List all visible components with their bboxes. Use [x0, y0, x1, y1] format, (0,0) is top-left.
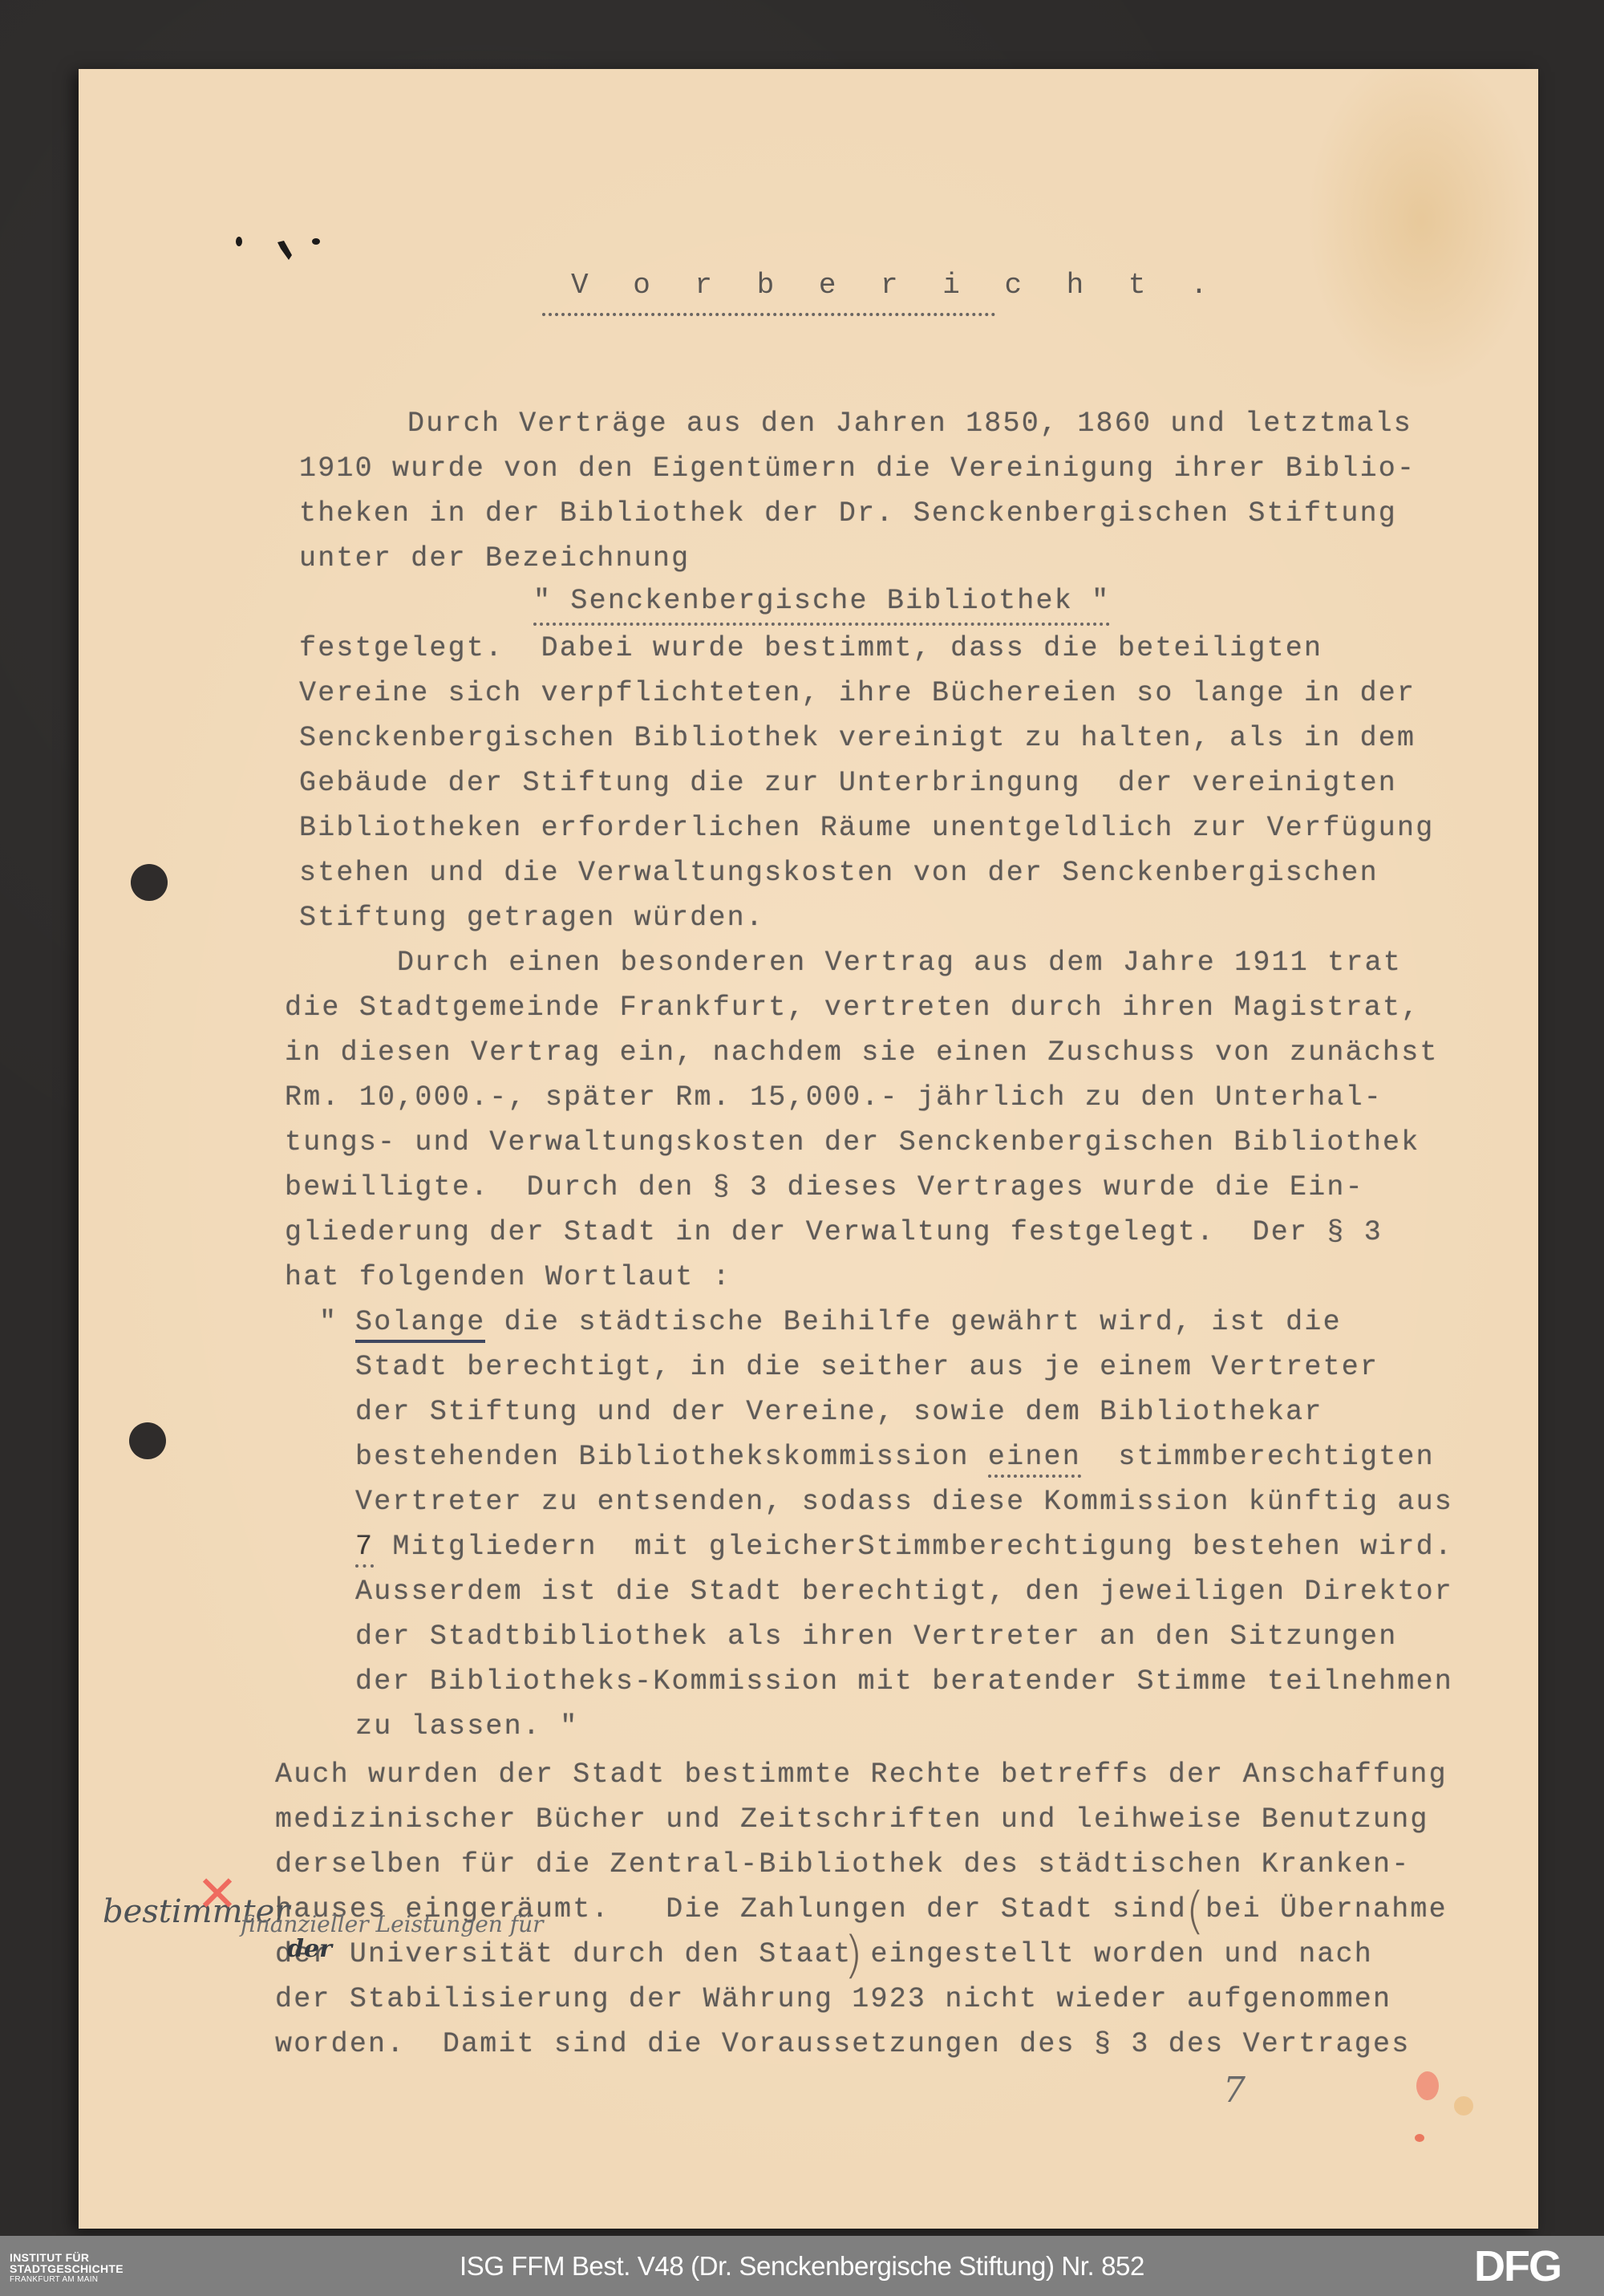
- underlined-solange: Solange: [355, 1306, 485, 1343]
- paragraph-2-line-8: hat folgenden Wortlaut :: [285, 1255, 731, 1300]
- handwritten-page-number: 7: [1223, 2070, 1246, 2111]
- paragraph-1b-line-5: Bibliotheken erforderlichen Räume unentg…: [299, 805, 1434, 850]
- quote-line-6-rest: Mitgliedern mit gleicherStimmberechtigun…: [374, 1531, 1453, 1563]
- pencil-open-paren: (: [1185, 1881, 1205, 1940]
- punch-hole-upper-icon: [131, 864, 168, 901]
- quote-line-8: der Stadtbibliothek als ihren Vertreter …: [355, 1614, 1397, 1659]
- paragraph-2-line-3: in diesen Vertrag ein, nachdem sie einen…: [285, 1030, 1439, 1075]
- paragraph-2-line-5: tungs- und Verwaltungskosten der Sencken…: [285, 1120, 1420, 1165]
- handwritten-interlinear-note: finanzieller Leistungen für: [241, 1911, 544, 1937]
- quote-line-4-post: stimmberechtigten: [1081, 1441, 1435, 1473]
- library-name-centered: " Senckenbergische Bibliothek ": [533, 581, 1110, 626]
- quote-line-2: Stadt berechtigt, in die seither aus je …: [355, 1345, 1379, 1389]
- paragraph-3-line-7: worden. Damit sind die Voraussetzungen d…: [275, 2022, 1410, 2067]
- paragraph-2-line-1: Durch einen besonderen Vertrag aus dem J…: [397, 940, 1402, 985]
- underlined-seven: 7: [355, 1531, 374, 1568]
- paragraph-2-line-7: gliederung der Stadt in der Verwaltung f…: [285, 1210, 1383, 1255]
- pin-hole-marks-icon: [231, 213, 343, 262]
- quote-line-9: der Bibliotheks-Kommission mit beratende…: [355, 1659, 1453, 1704]
- paragraph-1-line-3: theken in der Bibliothek der Dr. Sencken…: [299, 491, 1397, 536]
- punch-hole-lower-icon: [129, 1422, 166, 1459]
- paragraph-1-line-1: Durch Verträge aus den Jahren 1850, 1860…: [407, 401, 1412, 446]
- paragraph-2-line-6: bewilligte. Durch den § 3 dieses Vertrag…: [285, 1165, 1364, 1210]
- pencil-close-paren: ): [844, 1925, 863, 1984]
- paragraph-3-line-6: der Stabilisierung der Währung 1923 nich…: [275, 1977, 1391, 2022]
- archive-footer-bar: INSTITUT FÜR STADTGESCHICHTE FRANKFURT A…: [0, 2236, 1604, 2296]
- quote-line-6: 7 Mitgliedern mit gleicherStimmberechtig…: [355, 1524, 1453, 1569]
- dfg-logo: DFG: [1474, 2242, 1561, 2290]
- archive-shelfmark: ISG FFM Best. V48 (Dr. Senckenbergische …: [0, 2251, 1604, 2282]
- quote-line-3: der Stiftung und der Vereine, sowie dem …: [355, 1389, 1323, 1434]
- paragraph-1b-line-2: Vereine sich verpflichteten, ihre Bücher…: [299, 671, 1416, 716]
- quote-line-10: zu lassen. ": [355, 1704, 578, 1749]
- underlined-einen: einen: [988, 1441, 1081, 1478]
- quote-line-1-rest: die städtische Beihilfe gewährt wird, is…: [485, 1306, 1341, 1338]
- quote-line-7: Ausserdem ist die Stadt berechtigt, den …: [355, 1569, 1453, 1614]
- paragraph-1-line-2: 1910 wurde von den Eigentümern die Verei…: [299, 446, 1416, 491]
- paragraph-1b-line-6: stehen und die Verwaltungskosten von der…: [299, 850, 1379, 895]
- paragraph-1-line-4: unter der Bezeichnung: [299, 536, 690, 581]
- paragraph-3-line-2: medizinischer Bücher und Zeitschriften u…: [275, 1797, 1429, 1842]
- paragraph-2-line-2: die Stadtgemeinde Frankfurt, vertreten d…: [285, 985, 1420, 1030]
- document-title: V o r b e r i c h t .: [571, 269, 1221, 302]
- quote-line-1: Solange die städtische Beihilfe gewährt …: [355, 1300, 1342, 1345]
- paragraph-1b-line-1: festgelegt. Dabei wurde bestimmt, dass d…: [299, 626, 1322, 671]
- quote-line-5: Vertreter zu entsenden, sodass diese Kom…: [355, 1479, 1453, 1524]
- paragraph-1b-line-3: Senckenbergischen Bibliothek vereinigt z…: [299, 716, 1416, 761]
- quote-open-mark: ": [319, 1300, 338, 1345]
- quote-line-4: bestehenden Bibliothekskommission einen …: [355, 1434, 1435, 1479]
- red-pencil-x-mark-icon: ✕: [196, 1869, 238, 1919]
- paragraph-3-line-1: Auch wurden der Stadt bestimmte Rechte b…: [275, 1752, 1448, 1797]
- paragraph-1b-line-7: Stiftung getragen würden.: [299, 895, 764, 940]
- paragraph-2-line-4: Rm. 10,000.-, später Rm. 15,000.- jährli…: [285, 1075, 1383, 1120]
- handwritten-der-correction: der: [287, 1935, 332, 1963]
- quote-line-4-pre: bestehenden Bibliothekskommission: [355, 1441, 988, 1473]
- paragraph-1b-line-4: Gebäude der Stiftung die zur Unterbringu…: [299, 761, 1397, 805]
- title-underline: [542, 313, 995, 316]
- paragraph-3-line-3: derselben für die Zentral-Bibliothek des…: [275, 1842, 1410, 1887]
- red-stain-marks-icon: [1403, 2038, 1532, 2158]
- paragraph-3-line-5: der Universität durch den Staat eingeste…: [275, 1932, 1373, 1977]
